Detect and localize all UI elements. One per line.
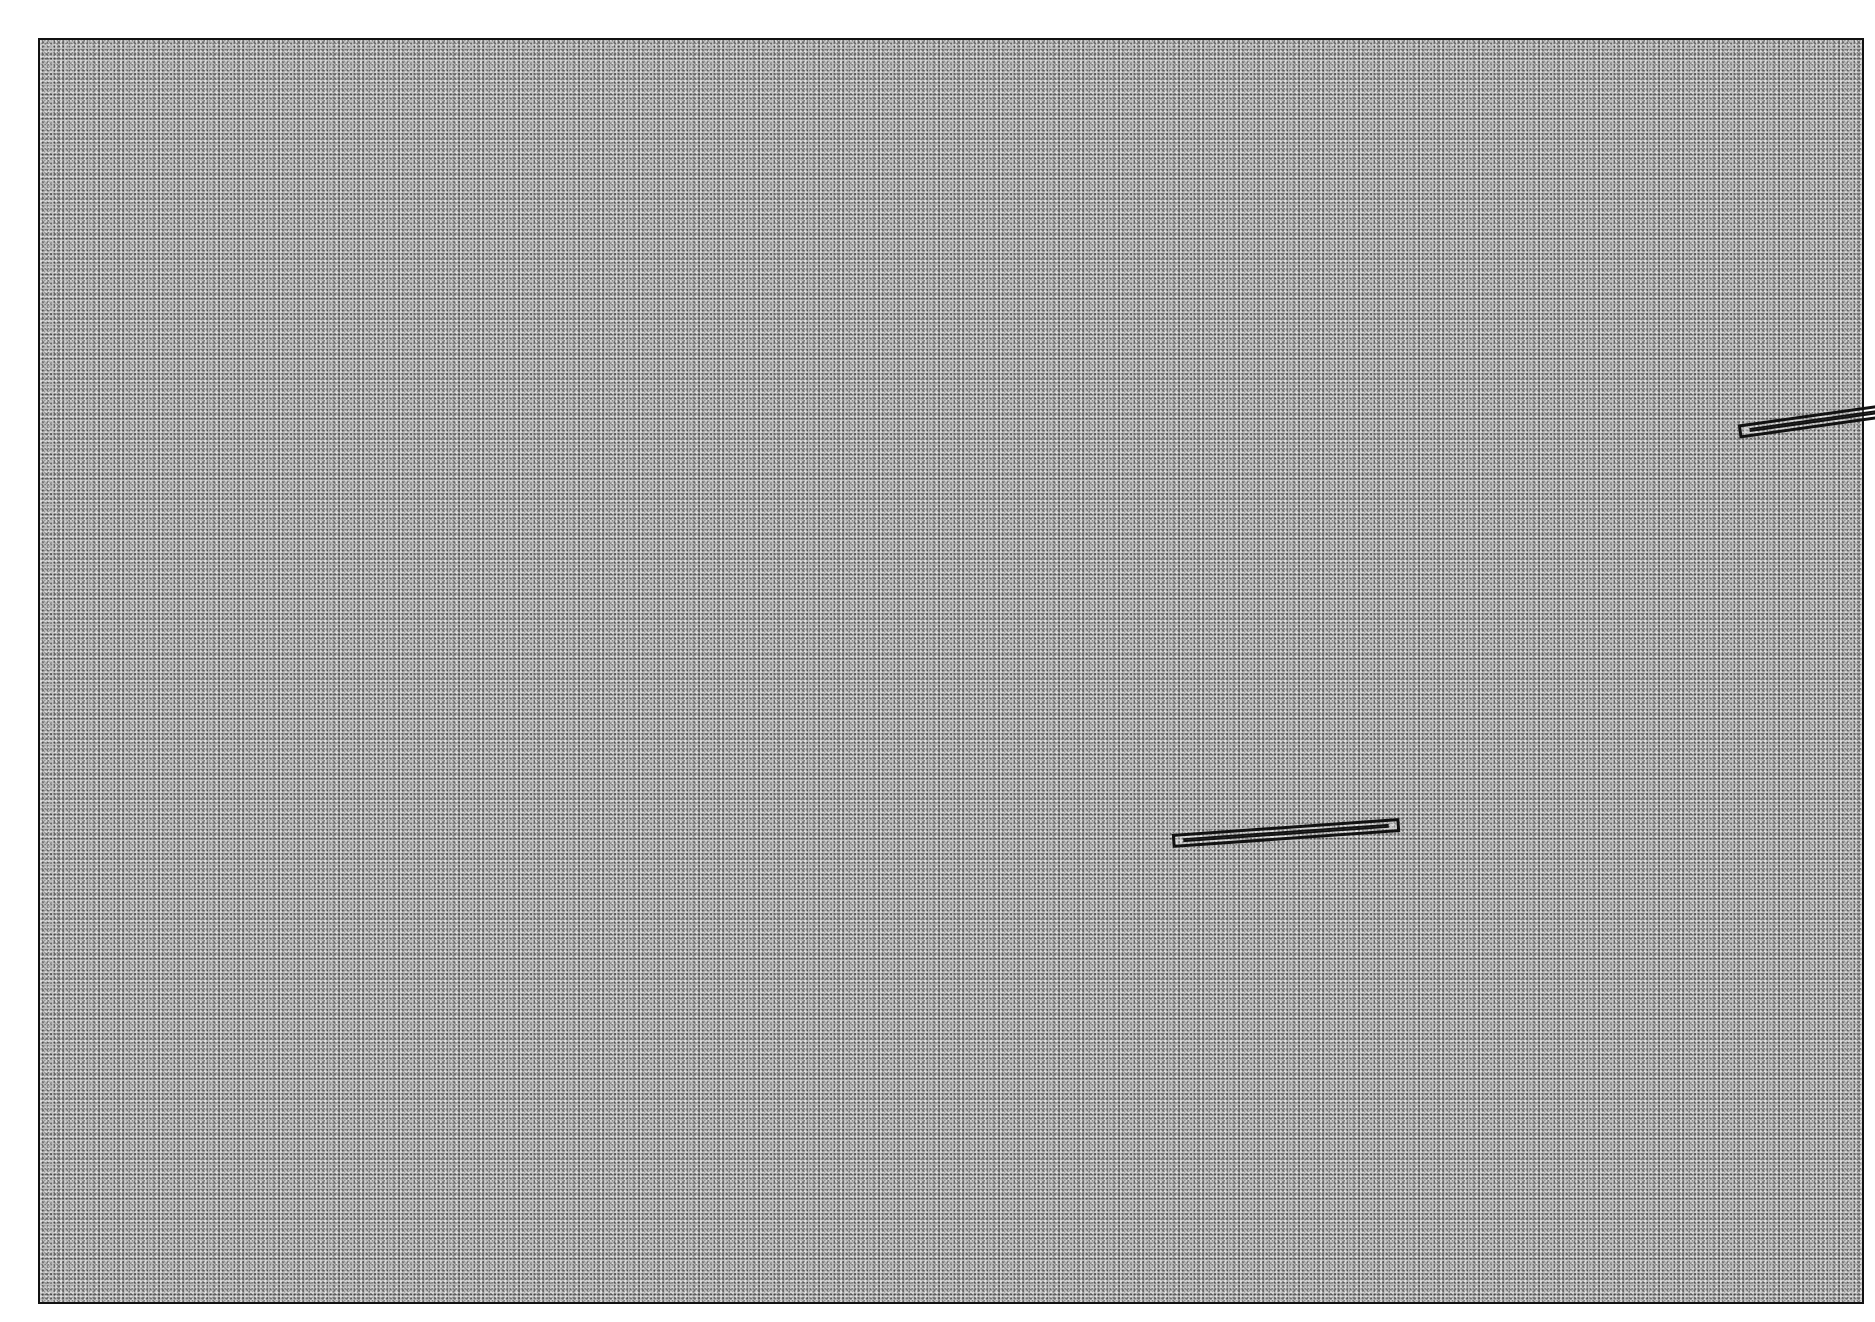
scanned-sheet (38, 38, 1864, 1304)
